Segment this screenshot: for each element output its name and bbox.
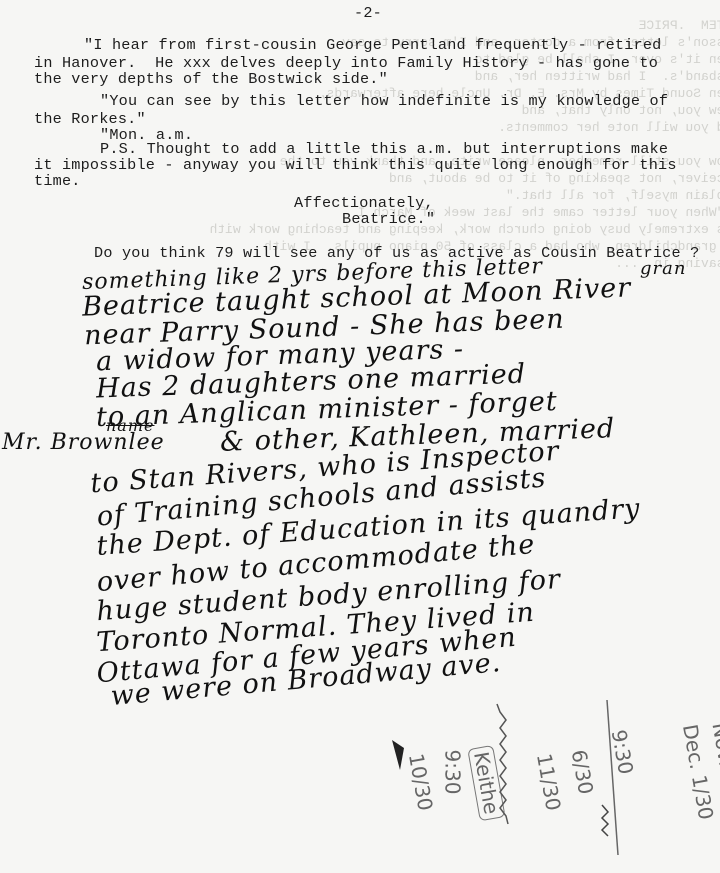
pencil-marks	[0, 0, 720, 873]
letter-page: .ITEM .PRICE lesson's letter from a doct…	[0, 0, 720, 873]
